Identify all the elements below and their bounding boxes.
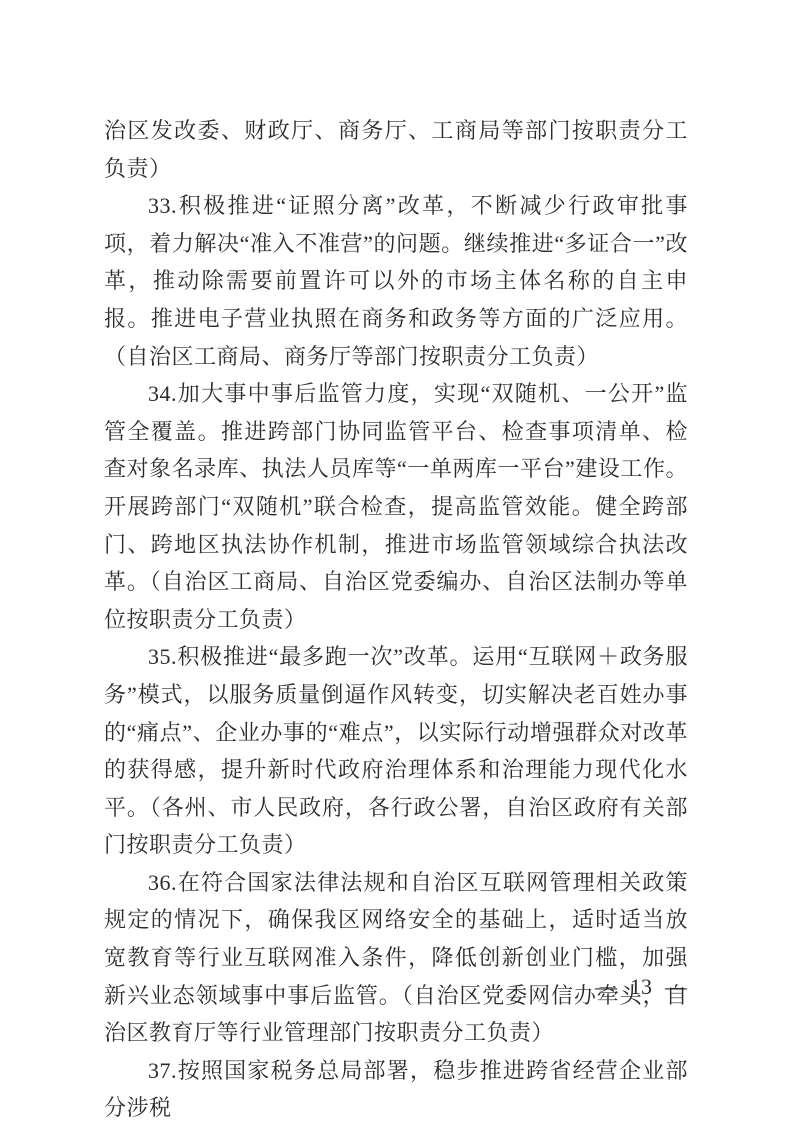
paragraph-37-partial: 37.按照国家税务总局部署，稳步推进跨省经营企业部分涉税 xyxy=(104,1052,688,1122)
footer-dash-right: — xyxy=(665,974,687,1000)
page-footer: — 13 — xyxy=(595,974,687,1000)
document-page: 治区发改委、财政厅、商务厅、工商局等部门按职责分工负责） 33.积极推进“证照分… xyxy=(0,0,793,1122)
paragraph-36: 36.在符合国家法律法规和自治区互联网管理相关政策规定的情况下，确保我区网络安全… xyxy=(104,864,688,1052)
document-body: 治区发改委、财政厅、商务厅、工商局等部门按职责分工负责） 33.积极推进“证照分… xyxy=(104,112,688,1122)
paragraph-continuation: 治区发改委、财政厅、商务厅、工商局等部门按职责分工负责） xyxy=(104,112,688,187)
paragraph-34: 34.加大事中事后监管力度，实现“双随机、一公开”监管全覆盖。推进跨部门协同监管… xyxy=(104,375,688,638)
paragraph-35: 35.积极推进“最多跑一次”改革。运用“互联网＋政务服务”模式，以服务质量倒逼作… xyxy=(104,638,688,864)
page-number: 13 xyxy=(630,974,652,1000)
footer-dash-left: — xyxy=(595,974,617,1000)
paragraph-33: 33.积极推进“证照分离”改革，不断减少行政审批事项，着力解决“准入不准营”的问… xyxy=(104,187,688,375)
